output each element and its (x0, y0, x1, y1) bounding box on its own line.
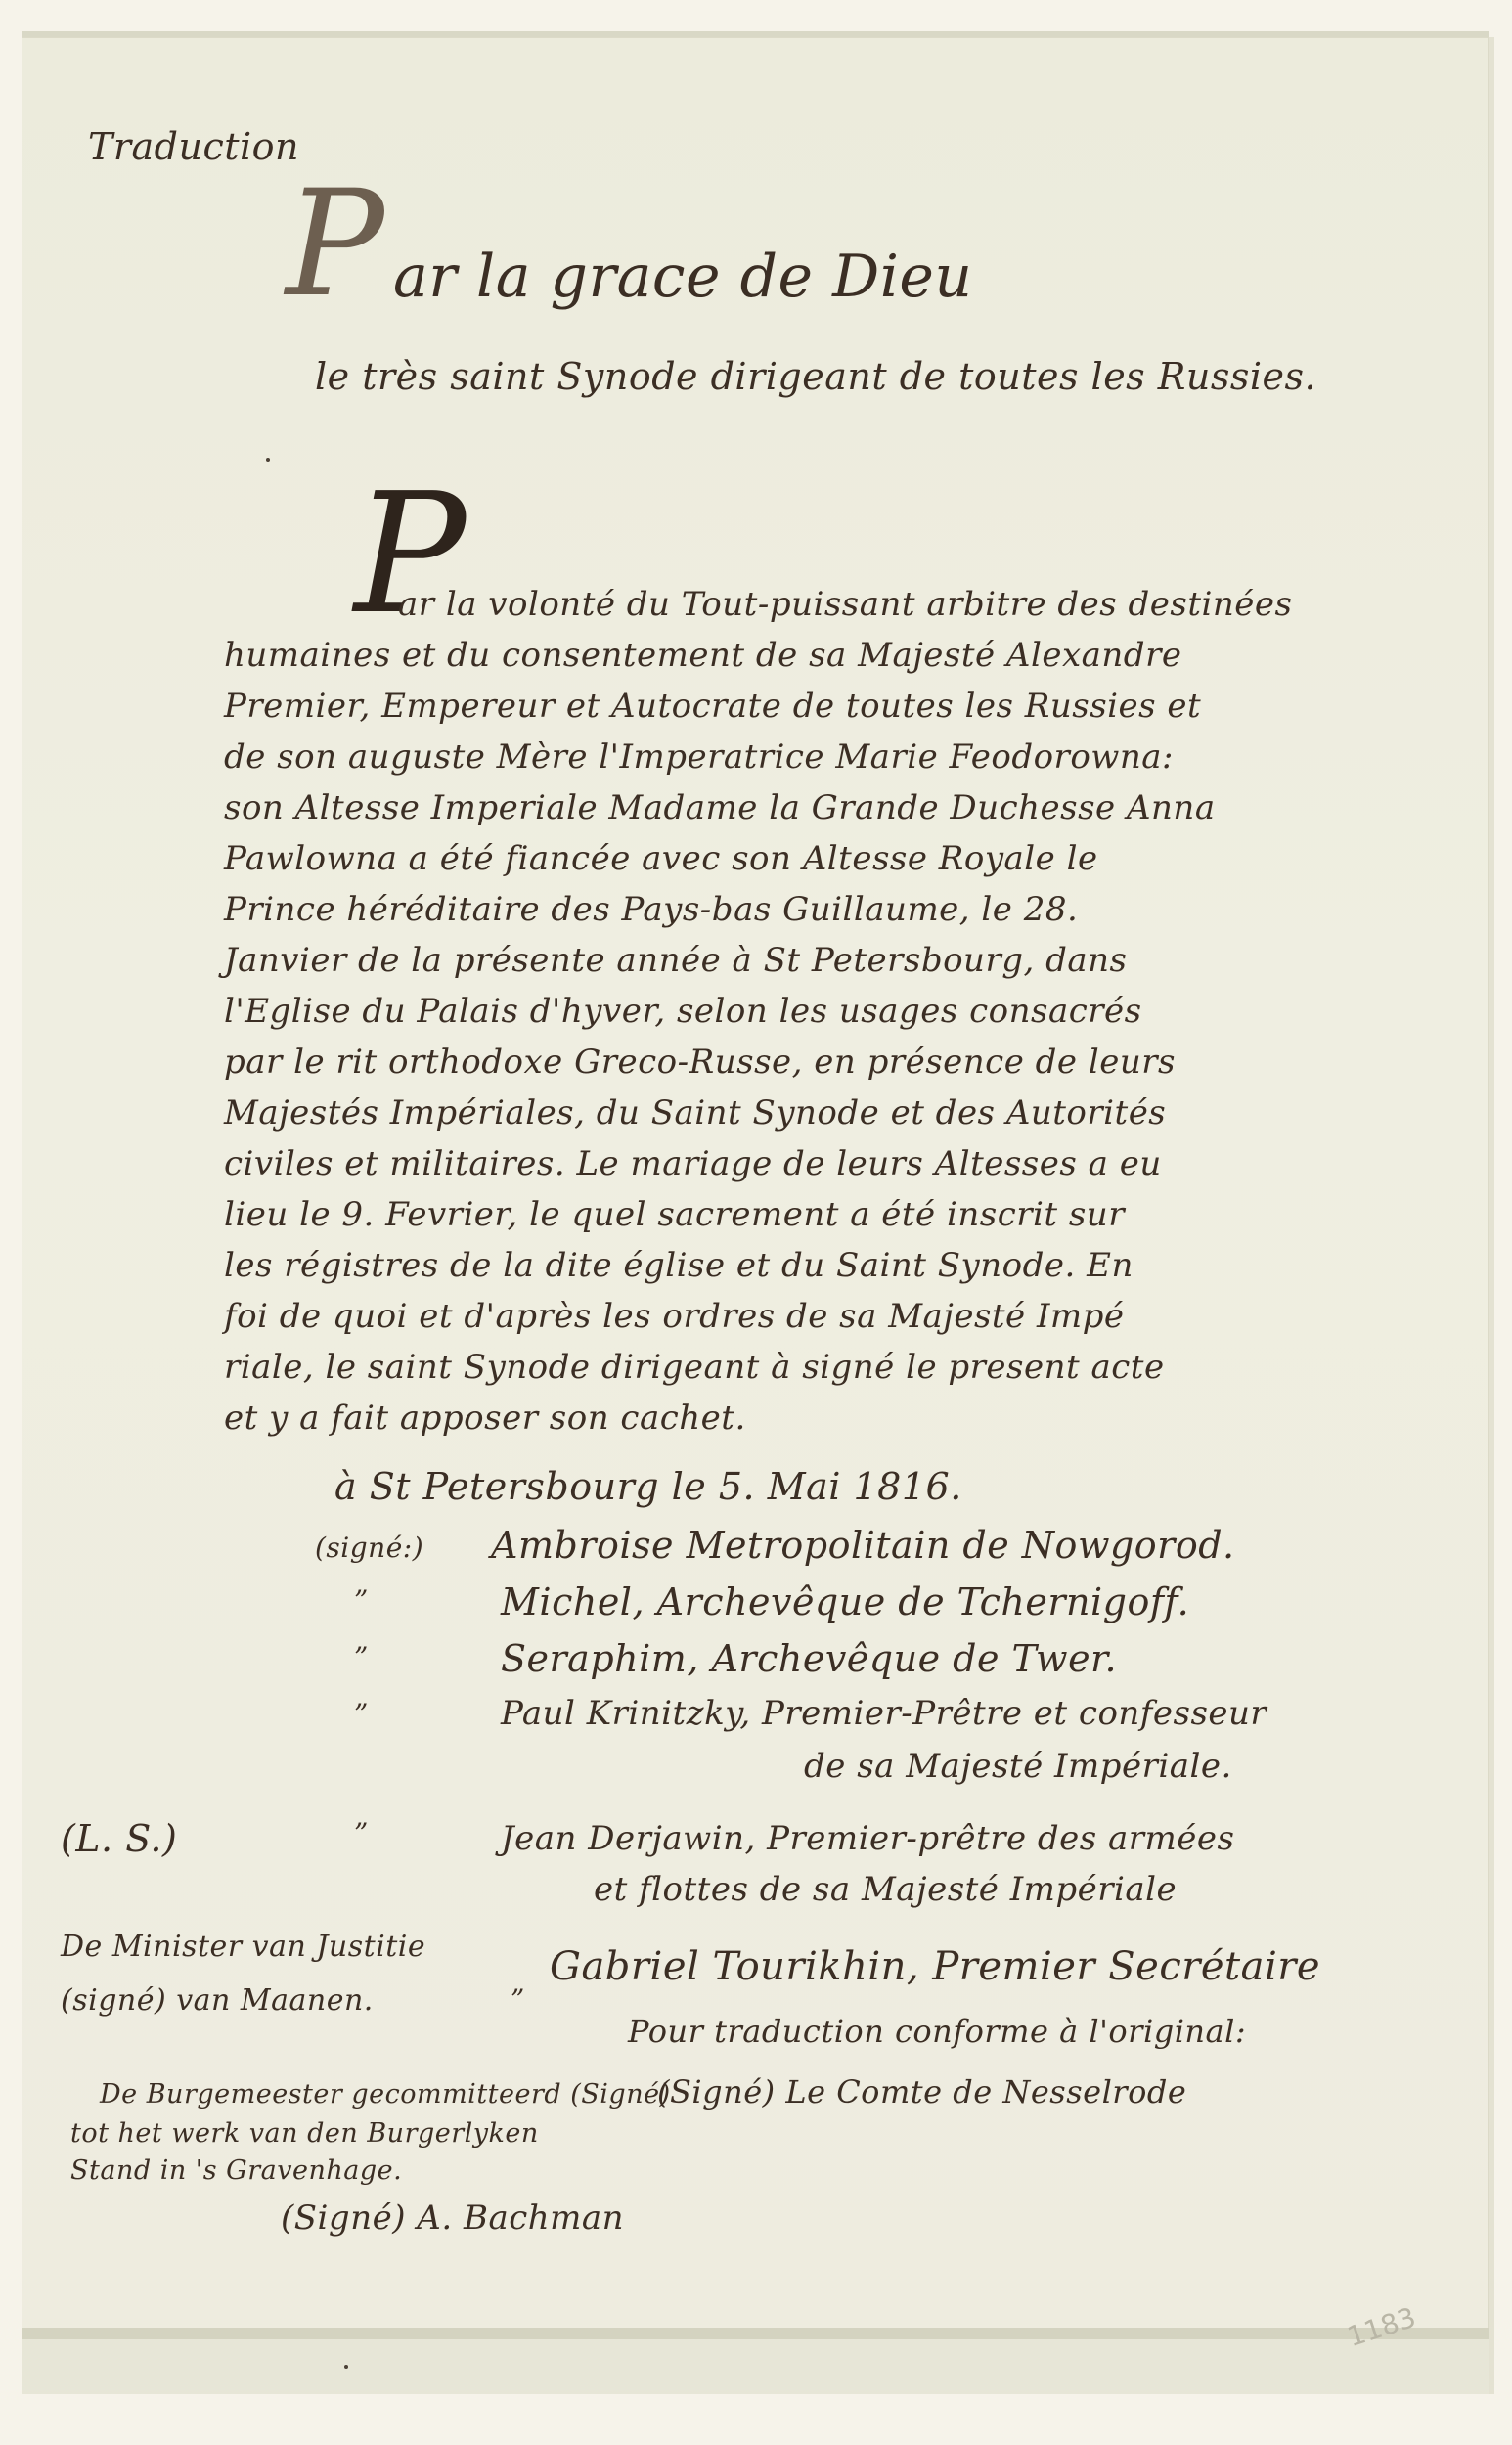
place-date: à St Petersbourg le 5. Mai 1816. (334, 1465, 962, 1508)
translation-note: Pour traduction conforme à l'original: (628, 2013, 1246, 2050)
signatory-derjawin-cont: et flottes de sa Majesté Impériale (594, 1870, 1177, 1909)
ditto-mark: ” (354, 1698, 369, 1730)
body-line: civiles et militaires. Le mariage de leu… (224, 1144, 1162, 1183)
body-line: riale, le saint Synode dirigeant à signé… (224, 1348, 1165, 1387)
body-line: Prince héréditaire des Pays-bas Guillaum… (224, 890, 1078, 929)
header-label: Traduction (88, 125, 299, 168)
ink-speck (266, 458, 270, 462)
signatory-michel: Michel, Archevêque de Tchernigoff. (501, 1580, 1189, 1623)
body-line: Janvier de la présente année à St Peters… (224, 941, 1127, 980)
ditto-mark: ” (354, 1641, 369, 1673)
body-line: humaines et du consentement de sa Majest… (224, 636, 1181, 675)
body-line: Premier, Empereur et Autocrate de toutes… (224, 687, 1201, 726)
body-line: Majestés Impériales, du Saint Synode et … (224, 1093, 1166, 1133)
signatory-seraphim: Seraphim, Archevêque de Twer. (501, 1637, 1117, 1680)
body-line: les régistres de la dite église et du Sa… (224, 1246, 1134, 1285)
burgemeester-line-3: Stand in 's Gravenhage. (70, 2156, 402, 2186)
minister-signature: (signé) van Maanen. (61, 1983, 374, 2018)
signatory-krinitzky-cont: de sa Majesté Impériale. (804, 1747, 1232, 1786)
burgemeester-line-2: tot het werk van den Burgerlyken (70, 2118, 539, 2149)
signatory-derjawin: Jean Derjawin, Premier-prêtre des armées (501, 1819, 1234, 1858)
heading-initial-capital: P (286, 159, 384, 330)
seal-mark: (L. S.) (61, 1817, 177, 1860)
manuscript-sheet: Traduction P ar la grace de Dieu le très… (22, 31, 1489, 2394)
signatory-tourikhin: Gabriel Tourikhin, Premier Secrétaire (550, 1944, 1320, 1989)
heading-line-1-text: ar la grace de Dieu (393, 243, 973, 311)
body-line: l'Eglise du Palais d'hyver, selon les us… (224, 992, 1142, 1031)
minister-title: De Minister van Justitie (61, 1930, 425, 1964)
ditto-mark: ” (511, 1983, 525, 2016)
bachman-signature: (Signé) A. Bachman (281, 2199, 624, 2238)
heading-line-1: P ar la grace de Dieu (393, 243, 973, 311)
heading-line-2: le très saint Synode dirigeant de toutes… (315, 355, 1316, 398)
nesselrode-signature: (Signé) Le Comte de Nesselrode (657, 2073, 1186, 2111)
paper-edge (1489, 37, 1494, 2394)
body-line: foi de quoi et d'après les ordres de sa … (224, 1297, 1125, 1336)
signatory-ambroise: Ambroise Metropolitain de Nowgorod. (491, 1524, 1235, 1567)
body-line: par le rit orthodoxe Greco-Russe, en pré… (224, 1043, 1176, 1082)
body-line: de son auguste Mère l'Imperatrice Marie … (224, 737, 1174, 777)
body-line: et y a fait apposer son cachet. (224, 1399, 746, 1438)
signed-label: (signé:) (315, 1532, 423, 1564)
ditto-mark: ” (354, 1584, 369, 1617)
body-line: lieu le 9. Fevrier, le quel sacrement a … (224, 1195, 1125, 1234)
body-line: Pawlowna a été fiancée avec son Altesse … (224, 839, 1098, 878)
body-line: son Altesse Imperiale Madame la Grande D… (224, 788, 1216, 827)
ditto-mark: ” (354, 1817, 369, 1849)
body-line: ar la volonté du Tout-puissant arbitre d… (398, 585, 1293, 624)
signatory-krinitzky: Paul Krinitzky, Premier-Prêtre et confes… (501, 1694, 1267, 1733)
ink-speck (344, 2365, 348, 2369)
burgemeester-line-1: De Burgemeester gecommitteerd (Signé) (100, 2079, 671, 2110)
paper-bottom-fold (22, 2328, 1489, 2394)
